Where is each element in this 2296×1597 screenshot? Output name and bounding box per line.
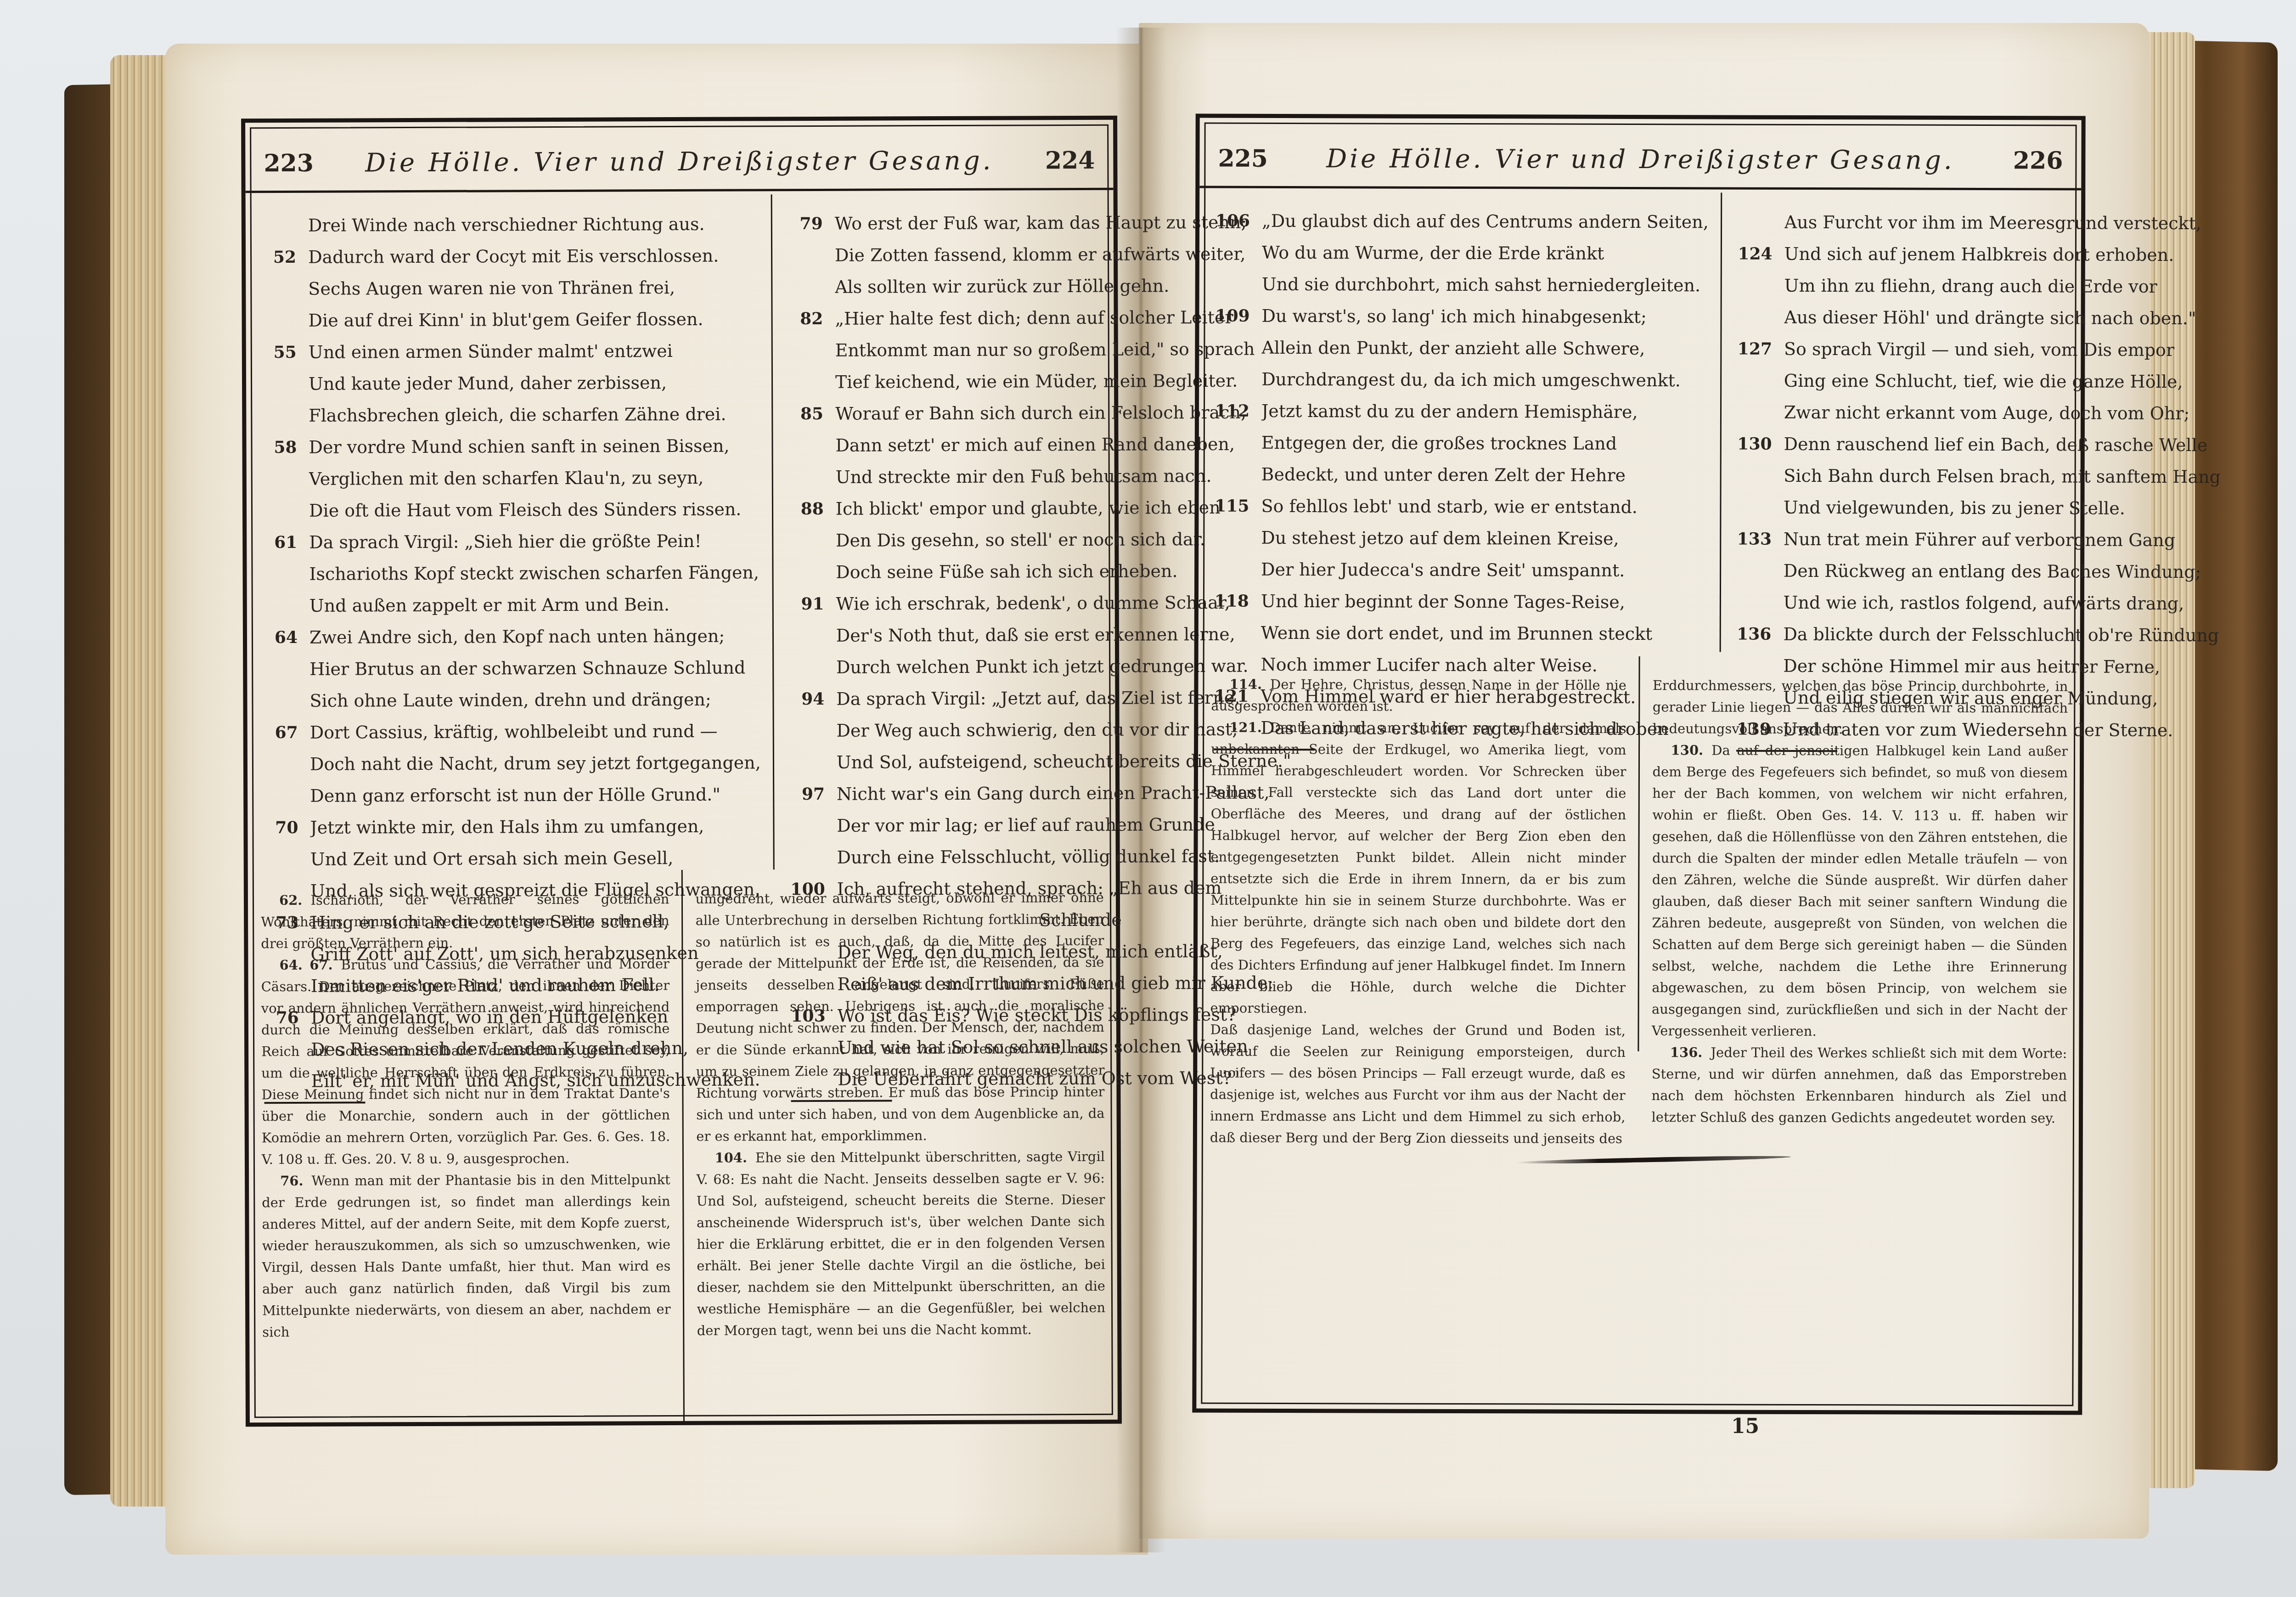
- verse-number: 52: [259, 242, 308, 273]
- verse-line: Drei Winde nach verschiedner Richtung au…: [259, 208, 759, 242]
- verse-number: 88: [786, 493, 836, 525]
- verse-number: [260, 780, 310, 812]
- signature-mark: 15: [1731, 1415, 1759, 1438]
- verse-number: 64: [260, 622, 310, 654]
- notes-column: umgedreht, wieder aufwärts steigt, obwoh…: [681, 869, 1118, 1421]
- verse-text: So sprach Virgil — und sieh, vom Dis emp…: [1784, 333, 2221, 366]
- verse-number: 55: [259, 337, 309, 368]
- verse-line: Und wie ich, rastlos folgend, aufwärts d…: [1734, 587, 2221, 620]
- verse-text: So fehllos lebt' und starb, wie er entst…: [1261, 491, 1708, 524]
- verse-line: Du stehest jetzo auf dem kleinen Kreise,: [1211, 522, 1708, 555]
- running-head: 225 Die Hölle. Vier und Dreißigster Gesa…: [1199, 130, 2081, 190]
- verse-number: 133: [1734, 524, 1784, 555]
- commentary-note: umgedreht, wieder aufwärts steigt, obwoh…: [695, 887, 1104, 1147]
- verse-text: Drei Winde nach verschiedner Richtung au…: [308, 208, 759, 241]
- verse-text: Und hier beginnt der Sonne Tages-Reise,: [1261, 586, 1708, 619]
- page-number: 223: [264, 149, 314, 177]
- verse-text: Zwar nicht erkannt vom Auge, doch vom Oh…: [1784, 397, 2221, 429]
- verse-line: Doch naht die Nacht, drum sey jetzt fort…: [260, 747, 761, 780]
- verse-line: 115So fehllos lebt' und starb, wie er en…: [1211, 491, 1708, 524]
- verse-text: Entgegen der, die großes trocknes Land: [1261, 427, 1708, 460]
- verse-number: [1211, 522, 1261, 554]
- note-text: Dante nimmt an, Lucifer sey auf der dama…: [1210, 720, 1626, 1016]
- verse-text: Dort Cassius, kräftig, wohlbeleibt und r…: [310, 715, 761, 748]
- verse-number: [260, 590, 310, 622]
- verse-number: [1734, 365, 1784, 397]
- note-text: Der Hehre, Christus, dessen Name in der …: [1211, 677, 1626, 714]
- verse-number: [1734, 555, 1784, 587]
- verse-text: Du stehest jetzo auf dem kleinen Kreise,: [1261, 522, 1708, 555]
- running-title: Die Hölle. Vier und Dreißigster Gesang.: [1326, 144, 1954, 175]
- verse-line: 124Und sich auf jenem Halbkreis dort erh…: [1735, 238, 2222, 271]
- verse-line: Die oft die Haut vom Fleisch des Sünders…: [259, 493, 760, 527]
- verse-line: 61Da sprach Virgil: „Sieh hier die größt…: [259, 525, 760, 559]
- verse-number: [785, 271, 835, 303]
- note-reference: 64. 67.: [279, 957, 332, 973]
- verse-number: [1211, 554, 1261, 586]
- verse-line: Den Rückweg an entlang des Baches Windun…: [1734, 555, 2221, 588]
- verse-number: 82: [785, 303, 835, 335]
- notes-column: 62.Ischarioth, der Verräther seines gött…: [248, 870, 683, 1422]
- verse-number: [259, 495, 309, 527]
- verse-number: [787, 715, 836, 747]
- verse-number: [786, 525, 836, 557]
- verse-number: 85: [786, 398, 835, 430]
- verse-number: 124: [1735, 238, 1784, 270]
- verse-number: [1212, 332, 1261, 364]
- verse-column: Drei Winde nach verschiedner Richtung au…: [246, 194, 773, 871]
- verse-text: Ischarioths Kopf steckt zwischen scharfe…: [309, 557, 760, 590]
- note-reference: 136.: [1670, 1044, 1703, 1060]
- verse-line: 127So sprach Virgil — und sieh, vom Dis …: [1734, 333, 2221, 367]
- verse-number: 97: [787, 779, 837, 810]
- verse-number: [261, 844, 310, 875]
- verse-text: Wenn sie dort endet, und im Brunnen stec…: [1261, 617, 1708, 650]
- verse-text: Verglichen mit den scharfen Klau'n, zu s…: [309, 462, 760, 495]
- commentary-notes: 114.Der Hehre, Christus, dessen Name in …: [1197, 655, 2080, 1052]
- verse-text: Die oft die Haut vom Fleisch des Sünders…: [309, 493, 760, 526]
- right-page-frame: 225 Die Hölle. Vier und Dreißigster Gesa…: [1192, 113, 2085, 1415]
- verse-line: Hier Brutus an der schwarzen Schnauze Sc…: [260, 652, 760, 685]
- verse-number: 130: [1734, 429, 1784, 460]
- verse-number: 136: [1733, 619, 1783, 650]
- commentary-note: 64. 67.Brutus und Cassius, die Verräther…: [261, 953, 670, 1170]
- verse-line: 67Dort Cassius, kräftig, wohlbeleibt und…: [260, 715, 761, 749]
- verse-text: Den Rückweg an entlang des Baches Windun…: [1784, 555, 2221, 588]
- verse-text: Sich ohne Laute winden, drehn und dränge…: [310, 683, 760, 717]
- note-text: Ehe sie den Mittelpunkt überschritten, s…: [697, 1149, 1106, 1338]
- verse-number: [1211, 617, 1261, 649]
- note-text: Jeder Theil des Werkes schließt sich mit…: [1651, 1044, 2067, 1126]
- verse-number: [787, 652, 836, 683]
- verse-text: Nun trat mein Führer auf verborgnem Gang: [1784, 524, 2221, 556]
- note-reference: 104.: [715, 1150, 747, 1166]
- verse-line: 133Nun trat mein Führer auf verborgnem G…: [1734, 524, 2221, 557]
- commentary-notes: 62.Ischarioth, der Verräther seines gött…: [248, 869, 1118, 1423]
- verse-line: Sich Bahn durch Felsen brach, mit sanfte…: [1734, 460, 2221, 493]
- verse-line: Aus dieser Höhl' und drängte sich nach o…: [1734, 302, 2221, 335]
- verse-number: [787, 842, 837, 874]
- page-number: 224: [1045, 146, 1095, 174]
- verse-text: Ging eine Schlucht, tief, wie die ganze …: [1784, 365, 2221, 398]
- verse-text: Und sie durchbohrt, mich sahst hernieder…: [1262, 269, 1709, 302]
- verse-line: Flachsbrechen gleich, die scharfen Zähne…: [259, 398, 760, 432]
- commentary-note: 62.Ischarioth, der Verräther seines gött…: [261, 888, 670, 954]
- verse-line: Um ihn zu fliehn, drang auch die Erde vo…: [1734, 270, 2221, 303]
- verse-text: Denn rauschend lief ein Bach, deß rasche…: [1784, 429, 2221, 461]
- verse-number: [259, 368, 309, 400]
- verse-number: [1212, 237, 1262, 269]
- commentary-note: 136.Jeder Theil des Werkes schließt sich…: [1651, 1042, 2067, 1129]
- verse-line: 58Der vordre Mund schien sanft in seinen…: [259, 430, 760, 463]
- note-text: umgedreht, wieder aufwärts steigt, obwoh…: [695, 890, 1104, 1144]
- verse-number: 127: [1734, 333, 1784, 365]
- note-text: Erddurchmessers, welchen das böse Princi…: [1653, 677, 2068, 737]
- commentary-note: 130.Da auf der jenseitigen Halbkugel kei…: [1652, 739, 2068, 1043]
- commentary-note: 76.Wenn man mit der Phantasie bis in den…: [262, 1169, 671, 1343]
- verse-line: Wenn sie dort endet, und im Brunnen stec…: [1211, 617, 1708, 650]
- verse-text: Und einen armen Sünder malmt' entzwei: [309, 335, 760, 368]
- verse-number: 61: [259, 527, 309, 559]
- page-number: 225: [1218, 144, 1268, 172]
- verse-number: [259, 273, 308, 305]
- verse-line: Und vielgewunden, bis zu jener Stelle.: [1734, 492, 2221, 525]
- verse-text: Aus Furcht vor ihm im Meeresgrund verste…: [1784, 207, 2222, 239]
- verse-number: [786, 367, 835, 398]
- verse-line: Denn ganz erforscht ist nun der Hölle Gr…: [260, 779, 761, 812]
- verse-line: Der hier Judecca's andre Seit' umspannt.: [1211, 554, 1708, 587]
- verse-text: Und vielgewunden, bis zu jener Stelle.: [1784, 492, 2221, 525]
- verse-number: [260, 654, 310, 685]
- verse-number: 112: [1212, 395, 1261, 427]
- verse-number: [786, 430, 835, 462]
- verse-line: Entgegen der, die großes trocknes Land: [1212, 427, 1708, 460]
- note-text: Brutus und Cassius, die Verräther und Mö…: [261, 956, 670, 1167]
- note-text: Wenn man mit der Phantasie bis in den Mi…: [262, 1172, 670, 1340]
- verse-text: Und wie ich, rastlos folgend, aufwärts d…: [1784, 587, 2221, 620]
- verse-number: [1212, 364, 1261, 395]
- verse-text: Zwei Andre sich, den Kopf nach unten hän…: [310, 620, 760, 653]
- verse-number: [787, 810, 837, 842]
- verse-number: [1212, 427, 1261, 459]
- verse-columns: Drei Winde nach verschiedner Richtung au…: [246, 193, 1116, 872]
- note-reference: 114.: [1229, 677, 1262, 692]
- verse-number: 91: [786, 588, 836, 620]
- verse-text: Denn ganz erforscht ist nun der Hölle Gr…: [310, 779, 761, 812]
- verse-line: Durchdrangest du, da ich mich umgeschwen…: [1212, 364, 1708, 397]
- verse-number: [785, 240, 835, 271]
- verse-number: [259, 559, 309, 590]
- verse-line: Und kaute jeder Mund, daher zerbissen,: [259, 367, 760, 400]
- verse-text: Und kaute jeder Mund, daher zerbissen,: [309, 367, 760, 400]
- verse-text: Durchdrangest du, da ich mich umgeschwen…: [1261, 364, 1708, 397]
- verse-line: 130Denn rauschend lief ein Bach, deß ras…: [1734, 429, 2221, 462]
- verse-line: Ging eine Schlucht, tief, wie die ganze …: [1734, 365, 2221, 398]
- verse-line: Ischarioths Kopf steckt zwischen scharfe…: [259, 557, 760, 590]
- verse-number: 79: [785, 208, 835, 240]
- commentary-note: 114.Der Hehre, Christus, dessen Name in …: [1211, 674, 1626, 718]
- verse-text: Und sich auf jenem Halbkreis dort erhobe…: [1784, 238, 2222, 271]
- notes-column: Erddurchmessers, welchen das böse Princi…: [1638, 656, 2080, 1053]
- verse-line: Zwar nicht erkannt vom Auge, doch vom Oh…: [1734, 397, 2221, 430]
- verse-text: Und außen zappelt er mit Arm und Bein.: [310, 588, 760, 621]
- verse-text: Wo du am Wurme, der die Erde kränkt: [1262, 237, 1709, 270]
- verse-line: Verglichen mit den scharfen Klau'n, zu s…: [259, 462, 760, 495]
- verse-number: [1734, 460, 1784, 492]
- note-text: Da auf der jenseitigen Halbkugel kein La…: [1652, 742, 2068, 1039]
- verse-line: 64Zwei Andre sich, den Kopf nach unten h…: [260, 620, 760, 654]
- verse-text: Da sprach Virgil: „Sieh hier die größte …: [309, 525, 760, 558]
- verse-line: Aus Furcht vor ihm im Meeresgrund verste…: [1735, 207, 2222, 240]
- verse-number: 115: [1211, 491, 1261, 522]
- notes-column: 114.Der Hehre, Christus, dessen Name in …: [1197, 655, 1638, 1051]
- commentary-note: 104.Ehe sie den Mittelpunkt überschritte…: [696, 1146, 1105, 1342]
- verse-number: [1735, 207, 1784, 238]
- verse-line: Und sie durchbohrt, mich sahst hernieder…: [1212, 269, 1709, 302]
- verse-text: Hier Brutus an der schwarzen Schnauze Sc…: [310, 652, 760, 685]
- verse-number: [1734, 492, 1784, 524]
- verse-line: 136Da blickte durch der Felsschlucht ob'…: [1733, 619, 2220, 652]
- verse-line: Sich ohne Laute winden, drehn und dränge…: [260, 683, 760, 717]
- verse-line: 118Und hier beginnt der Sonne Tages-Reis…: [1211, 586, 1708, 619]
- verse-number: [1734, 302, 1784, 333]
- verse-text: Bedeckt, und unter deren Zelt der Hehre: [1261, 459, 1708, 492]
- verse-text: Der hier Judecca's andre Seit' umspannt.: [1261, 554, 1708, 587]
- verse-text: Du warst's, so lang' ich mich hinabgesen…: [1261, 300, 1708, 333]
- verse-line: Sechs Augen waren nie von Thränen frei,: [259, 271, 759, 305]
- verse-text: Die auf drei Kinn' in blut'gem Geifer fl…: [308, 303, 759, 336]
- verse-text: Doch naht die Nacht, drum sey jetzt fort…: [310, 747, 761, 780]
- verse-number: [260, 685, 310, 717]
- verse-number: [260, 749, 310, 780]
- verse-column: Aus Furcht vor ihm im Meeresgrund verste…: [1719, 192, 2233, 653]
- commentary-note: 121.Dante nimmt an, Lucifer sey auf der …: [1210, 717, 1626, 1020]
- verse-text: Jetzt kamst du zu der andern Hemisphäre,: [1261, 395, 1708, 429]
- verse-number: 67: [260, 717, 310, 749]
- verse-line: Und außen zappelt er mit Arm und Bein.: [260, 588, 760, 622]
- verse-text: Flachsbrechen gleich, die scharfen Zähne…: [309, 398, 760, 431]
- verse-line: 70Jetzt winkte mir, den Hals ihm zu umfa…: [260, 810, 761, 844]
- verse-number: [1734, 587, 1784, 619]
- verse-text: „Du glaubst dich auf des Centrums andern…: [1262, 205, 1709, 238]
- verse-line: 112Jetzt kamst du zu der andern Hemisphä…: [1212, 395, 1708, 429]
- verse-number: 106: [1212, 205, 1262, 237]
- running-head: 223 Die Hölle. Vier und Dreißigster Gesa…: [245, 133, 1113, 193]
- verse-number: [786, 557, 836, 588]
- commentary-note: Erddurchmessers, welchen das böse Princi…: [1653, 675, 2068, 740]
- verse-columns: 106„Du glaubst dich auf des Centrums and…: [1199, 191, 2082, 653]
- verse-number: 58: [259, 432, 309, 463]
- left-page-frame: 223 Die Hölle. Vier und Dreißigster Gesa…: [241, 116, 1122, 1427]
- verse-number: [1734, 270, 1784, 302]
- verse-line: 55Und einen armen Sünder malmt' entzwei: [259, 335, 760, 368]
- note-reference: 76.: [280, 1173, 304, 1189]
- verse-line: Allein den Punkt, der anzieht alle Schwe…: [1212, 332, 1708, 365]
- verse-text: Aus dieser Höhl' und drängte sich nach o…: [1784, 302, 2221, 334]
- verse-number: [787, 747, 837, 779]
- note-text: Daß dasjenige Land, welches der Grund un…: [1210, 1022, 1626, 1146]
- verse-column: 106„Du glaubst dich auf des Centrums and…: [1199, 191, 1721, 652]
- verse-number: [1734, 397, 1784, 429]
- verse-number: [786, 462, 835, 493]
- verse-number: [259, 305, 308, 337]
- verse-line: 109Du warst's, so lang' ich mich hinabge…: [1212, 300, 1708, 333]
- commentary-note: Daß dasjenige Land, welches der Grund un…: [1210, 1019, 1626, 1150]
- verse-text: Der vordre Mund schien sanft in seinen B…: [309, 430, 760, 463]
- verse-line: 106„Du glaubst dich auf des Centrums and…: [1212, 205, 1709, 238]
- verse-number: 70: [260, 812, 310, 844]
- verse-line: Wo du am Wurme, der die Erde kränkt: [1212, 237, 1709, 270]
- verse-number: [1212, 269, 1262, 300]
- verse-line: 52Dadurch ward der Cocyt mit Eis verschl…: [259, 240, 759, 273]
- verse-text: Um ihn zu fliehn, drang auch die Erde vo…: [1784, 270, 2221, 303]
- note-text: Ischarioth, der Verräther seines göttlic…: [261, 891, 670, 951]
- verse-line: Bedeckt, und unter deren Zelt der Hehre: [1212, 459, 1708, 492]
- verse-number: [785, 335, 835, 367]
- verse-number: [1212, 459, 1261, 491]
- verse-number: 94: [787, 683, 836, 715]
- verse-number: [787, 620, 836, 652]
- note-reference: 121.: [1229, 720, 1262, 735]
- verse-number: 109: [1212, 300, 1261, 332]
- verse-text: Sechs Augen waren nie von Thränen frei,: [308, 271, 759, 305]
- verse-line: Die auf drei Kinn' in blut'gem Geifer fl…: [259, 303, 759, 337]
- note-reference: 130.: [1671, 742, 1704, 758]
- verse-text: Dadurch ward der Cocyt mit Eis verschlos…: [308, 240, 759, 273]
- verse-text: Jetzt winkte mir, den Hals ihm zu umfang…: [310, 810, 761, 843]
- note-reference: 62.: [279, 892, 303, 908]
- verse-number: [259, 463, 309, 495]
- verse-number: [259, 210, 308, 242]
- page-number: 226: [2013, 147, 2063, 175]
- verse-text: Sich Bahn durch Felsen brach, mit sanfte…: [1784, 460, 2221, 493]
- verse-text: Allein den Punkt, der anzieht alle Schwe…: [1261, 332, 1708, 365]
- verse-number: 118: [1211, 586, 1261, 617]
- verse-number: [259, 400, 309, 432]
- verse-text: Da blickte durch der Felsschlucht ob're …: [1783, 619, 2220, 651]
- running-title: Die Hölle. Vier und Dreißigster Gesang.: [365, 146, 994, 178]
